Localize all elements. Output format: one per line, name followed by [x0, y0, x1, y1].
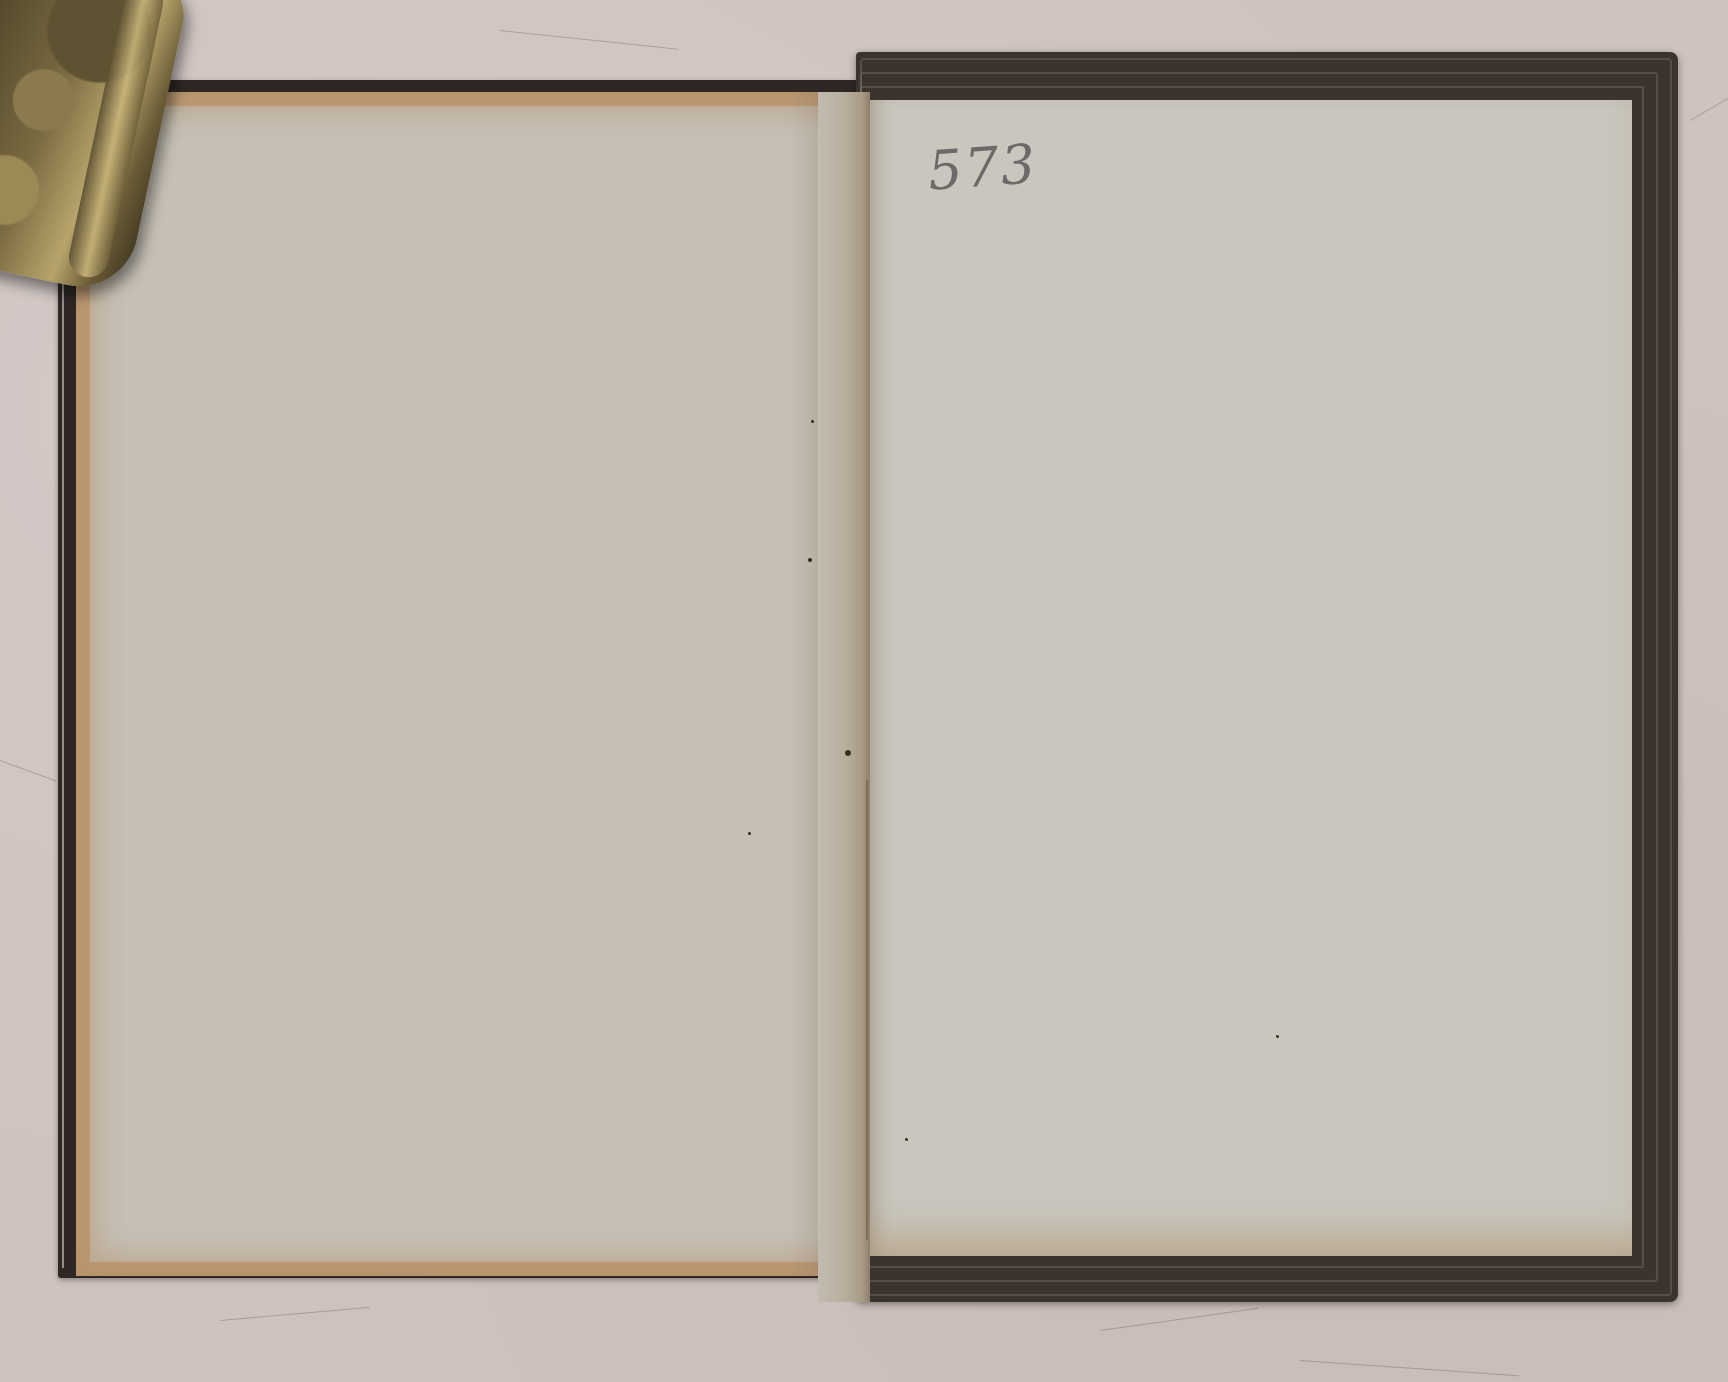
paper-speck: [845, 750, 851, 756]
background-fiber: [0, 760, 57, 781]
paper-speck: [811, 420, 814, 423]
paper-speck: [905, 1138, 908, 1141]
paper-speck: [748, 832, 751, 835]
background-fiber: [1300, 1360, 1520, 1376]
left-endpaper: [76, 92, 860, 1276]
spine-gutter: [818, 92, 870, 1302]
photo-scene: 573: [0, 0, 1728, 1382]
paper-speck: [808, 558, 812, 562]
pencil-inscription: 573: [926, 132, 1039, 202]
background-fiber: [1100, 1308, 1259, 1331]
background-fiber: [1690, 90, 1728, 121]
background-fiber: [500, 30, 679, 50]
hinge-crease: [866, 780, 868, 1240]
right-endpaper: [870, 100, 1632, 1256]
background-fiber: [220, 1307, 370, 1321]
paper-speck: [1276, 1035, 1279, 1038]
